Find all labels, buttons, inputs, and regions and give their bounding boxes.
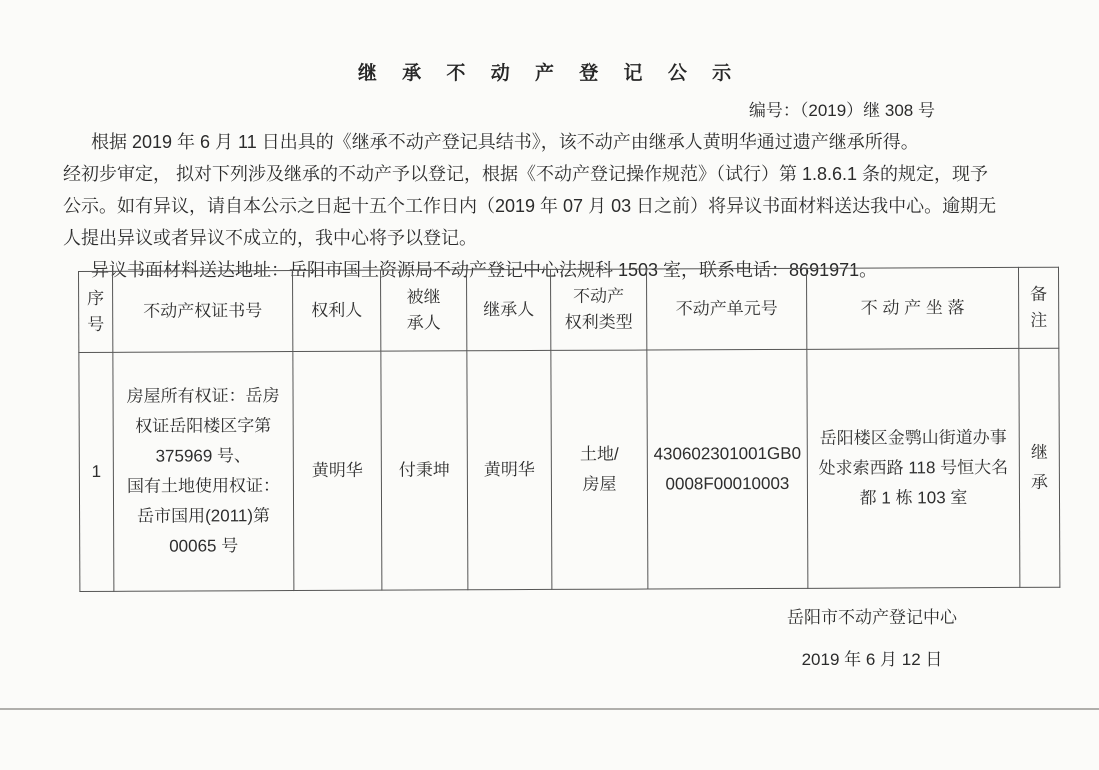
header-unit-no: 不动产单元号 <box>646 268 806 350</box>
header-right-type: 不动产 权利类型 <box>550 269 646 350</box>
signature-organization: 岳阳市不动产登记中心 <box>722 603 1022 628</box>
body-line-4: 人提出异议或者异议不成立的，我中心将予以登记。 <box>63 222 1063 254</box>
header-remark: 备 注 <box>1018 267 1058 348</box>
body-line-1: 根据 2019 年 6 月 11 日出具的《继承不动产登记具结书》，该不动产由继… <box>63 126 1063 158</box>
notice-body: 根据 2019 年 6 月 11 日出具的《继承不动产登记具结书》，该不动产由继… <box>63 126 1063 286</box>
cell-right-type: 土地/ 房屋 <box>551 350 648 589</box>
cell-certificate-no: 房屋所有权证：岳房 权证岳阳楼区字第 375969 号、 国有土地使用权证： 岳… <box>113 352 294 592</box>
table-header-row: 序 号 不动产权证书号 权利人 被继 承人 继承人 不动产 权利类型 不动产单元… <box>79 267 1059 352</box>
page-title: 继 承 不 动 产 登 记 公 示 <box>0 58 1099 85</box>
doc-number: 编号：（2019）继 308 号 <box>749 96 935 121</box>
body-line-3: 公示。如有异议，请自本公示之日起十五个工作日内（2019 年 07 月 03 日… <box>63 190 1063 222</box>
header-heir: 继承人 <box>466 269 550 350</box>
signature-date: 2019 年 6 月 12 日 <box>722 645 1022 670</box>
table-row: 1 房屋所有权证：岳房 权证岳阳楼区字第 375969 号、 国有土地使用权证：… <box>79 348 1060 591</box>
header-right-holder: 权利人 <box>293 270 381 351</box>
registration-table: 序 号 不动产权证书号 权利人 被继 承人 继承人 不动产 权利类型 不动产单元… <box>78 267 1060 592</box>
body-line-2: 经初步审定， 拟对下列涉及继承的不动产予以登记，根据《不动产登记操作规范》（试行… <box>63 158 1063 190</box>
cell-remark: 继 承 <box>1019 348 1060 587</box>
scan-artifact-line <box>0 708 1099 710</box>
header-serial: 序 号 <box>79 271 113 352</box>
cell-heir: 黄明华 <box>467 350 552 589</box>
cell-unit-no: 430602301001GB0 0008F00010003 <box>647 349 808 589</box>
cell-location: 岳阳楼区金鹗山街道办事 处求索西路 118 号恒大名 都 1 栋 103 室 <box>807 348 1020 588</box>
header-location: 不 动 产 坐 落 <box>806 267 1018 349</box>
header-certificate-no: 不动产权证书号 <box>113 271 293 353</box>
scanned-notice-page: 继 承 不 动 产 登 记 公 示 编号：（2019）继 308 号 根据 20… <box>0 0 1099 770</box>
cell-right-holder: 黄明华 <box>293 351 382 590</box>
cell-decedent: 付秉坤 <box>381 351 468 590</box>
header-decedent: 被继 承人 <box>380 270 466 351</box>
cell-serial: 1 <box>79 352 114 591</box>
